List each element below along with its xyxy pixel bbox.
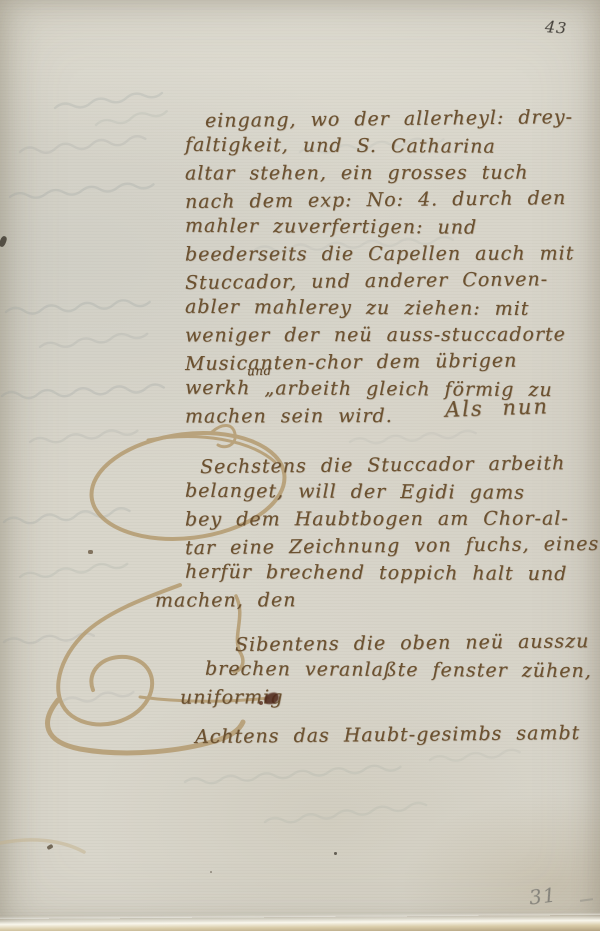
handwritten-line: belanget, will der Egidi gams	[185, 478, 599, 508]
pen-flourish-corner	[0, 840, 84, 852]
pencil-dash-mark	[580, 898, 593, 902]
handwritten-line: beederseits die Capellen auch mit	[185, 240, 574, 268]
handwritten-line: bey dem Haubtbogen am Chor-al-	[185, 505, 599, 533]
ink-blot-small	[259, 701, 263, 705]
handwritten-line: mahler zuverfertigen: und	[185, 213, 574, 242]
handwritten-line: faltigkeit, und S. Catharina	[185, 132, 574, 161]
handwritten-line: Sechstens die Stuccador arbeith	[200, 450, 599, 481]
paper-speck	[46, 844, 53, 850]
handwritten-line: brechen veranlaßte fenster zühen,	[205, 656, 600, 685]
handwritten-line: machen, den	[155, 586, 599, 614]
manuscript-page: 43 eingang, wo der allerheyl: drey- falt…	[0, 0, 600, 931]
paper-speck	[334, 852, 337, 855]
handwritten-line: herfür brechend toppich halt und	[185, 559, 599, 589]
handwritten-line: eingang, wo der allerheyl: drey-	[205, 104, 575, 135]
handwritten-line: weniger der neü auss-stuccadorte	[185, 321, 574, 349]
handwritten-line: Stuccador, und anderer Conven-	[185, 266, 575, 297]
paper-speck	[210, 871, 212, 873]
paragraph-3: Sibentens die oben neü ausszu „ brechen …	[180, 630, 600, 711]
paragraph-2: Sechstens die Stuccador arbeith belanget…	[185, 452, 599, 614]
handwritten-line: tar eine Zeichnung von fuchs, eines	[185, 531, 599, 562]
paragraph-1: eingang, wo der allerheyl: drey- faltigk…	[185, 106, 574, 430]
handwritten-line: Sibentens die oben neü ausszu „	[235, 628, 600, 659]
interlinear-insertion: und	[247, 364, 272, 379]
handwritten-line: nach dem exp: No: 4. durch den	[185, 185, 575, 216]
handwritten-line: abler mahlerey zu ziehen: mit	[185, 294, 574, 323]
handwritten-line: Musicanten-chor dem übrigen	[185, 347, 575, 378]
paragraph-1-closing: Als nun	[445, 394, 550, 422]
folio-number: 43	[544, 17, 568, 38]
page-bottom-edge	[0, 915, 600, 931]
paper-speck	[88, 550, 93, 554]
handwritten-line: altar stehen, ein grosses tuch	[185, 159, 574, 187]
paragraph-4: Achtens das Haubt-gesimbs sambt	[195, 722, 580, 749]
handwritten-line: Achtens das Haubt-gesimbs sambt	[195, 720, 580, 751]
paper-speck	[0, 235, 8, 247]
handwritten-line: uniformig	[180, 683, 600, 711]
pencil-number: 31	[528, 882, 558, 909]
